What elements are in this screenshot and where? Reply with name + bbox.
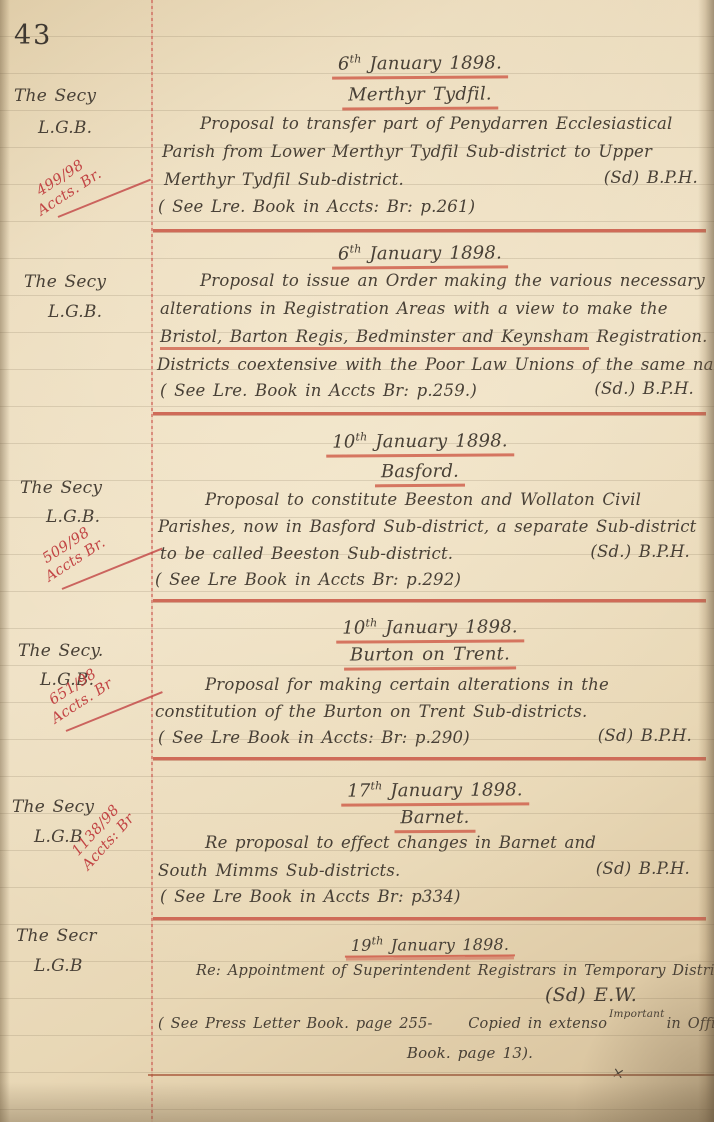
- entry-4-signature: (Sd) B.P.H.: [598, 726, 692, 745]
- entry-1-date-underline: 6th January 1898.: [332, 51, 508, 79]
- entry-2-signature: (Sd.) B.P.H.: [594, 379, 694, 398]
- entry-2-underlined-districts: Bristol, Barton Regis, Bedminster and Ke…: [160, 327, 589, 350]
- entry-4-body-line: Proposal for making certain alterations …: [205, 675, 609, 694]
- entry-4-body-line: constitution of the Burton on Trent Sub-…: [155, 702, 588, 721]
- ledger-page: 43 6th January 1898. Merthyr Tydfil. The…: [0, 0, 714, 1122]
- entry-6-margin-author: The Secr: [16, 926, 97, 946]
- entry-5-heading: Barnet.: [394, 807, 475, 833]
- entry-4-margin-author: The Secy.: [18, 641, 104, 661]
- entry-6-margin-dept: L.G.B: [34, 956, 83, 976]
- entry-3-signature: (Sd.) B.P.H.: [590, 542, 690, 561]
- entry-4-body-line: ( See Lre Book in Accts: Br: p.290): [158, 728, 470, 747]
- entry-3-body-line: ( See Lre Book in Accts Br: p.292): [155, 570, 461, 589]
- entry-4-date: 10th January 1898.: [336, 616, 524, 643]
- entry-4-heading: Burton on Trent.: [344, 644, 516, 670]
- entry-1-body-line: Proposal to transfer part of Penydarren …: [200, 114, 673, 133]
- entry-5-date: 17th January 1898.: [341, 779, 529, 806]
- entry-2-body-line: alterations in Registration Areas with a…: [160, 299, 668, 318]
- entry-1-date: 6th January 1898.: [332, 52, 508, 79]
- entry-3-body-line: to be called Beeston Sub-district.: [160, 544, 453, 563]
- entry-3-ref-annotation: 509/98 Accts Br.: [33, 521, 108, 586]
- entry-1-ref-annotation: 499/98 Accts. Br.: [25, 152, 105, 220]
- entry-1-heading: Merthyr Tydfil.: [342, 84, 498, 110]
- entry-3-heading: Basford.: [375, 461, 465, 487]
- entry-3-date: 10th January 1898.: [326, 430, 514, 457]
- entry-2-body-line: Bristol, Barton Regis, Bedminster and Ke…: [160, 327, 708, 346]
- entry-1-body-line: ( See Lre. Book in Accts: Br: p.261): [158, 197, 475, 216]
- entry-separator: [153, 229, 706, 232]
- entry-1-margin-author: The Secy: [14, 86, 96, 106]
- entry-2-margin-dept: L.G.B.: [48, 302, 102, 322]
- entry-2-body-line: Proposal to issue an Order making the va…: [200, 271, 705, 290]
- page-corner-shadow: [534, 902, 714, 1122]
- entry-3-body-line: Proposal to constitute Beeston and Wolla…: [205, 490, 641, 509]
- entry-3-body-line: Parishes, now in Basford Sub-district, a…: [158, 517, 696, 536]
- entry-separator: [153, 412, 706, 415]
- entry-2-margin-author: The Secy: [24, 272, 106, 292]
- entry-1-body-line: Merthyr Tydfil Sub-district.: [164, 170, 404, 189]
- entry-6-date: 19th January 1898.: [345, 934, 515, 957]
- entry-6-note-line2: Book. page 13).: [407, 1044, 533, 1062]
- entry-2-date: 6th January 1898.: [332, 242, 508, 269]
- margin-rule-line: [151, 0, 153, 1122]
- entry-5-body-line: ( See Lre Book in Accts Br: p334): [160, 887, 461, 906]
- page-number: 43: [14, 20, 52, 51]
- entry-5-margin-author: The Secy: [12, 797, 94, 817]
- entry-2-body-line: Districts coextensive with the Poor Law …: [157, 355, 714, 374]
- entry-5-body-line: South Mimms Sub-districts.: [158, 861, 401, 880]
- entry-2-body-line: ( See Lre. Book in Accts Br: p.259.): [160, 381, 477, 400]
- entry-separator: [153, 599, 706, 602]
- entry-5-signature: (Sd) B.P.H.: [596, 859, 690, 878]
- entry-1-margin-dept: L.G.B.: [38, 118, 92, 138]
- page-edge-left: [0, 0, 10, 1122]
- entry-3-margin-author: The Secy: [20, 478, 102, 498]
- entry-1-signature: (Sd) B.P.H.: [604, 168, 698, 187]
- entry-separator: [153, 757, 706, 760]
- entry-5-body-line: Re proposal to effect changes in Barnet …: [205, 833, 596, 852]
- entry-1-body-line: Parish from Lower Merthyr Tydfil Sub-dis…: [162, 142, 652, 161]
